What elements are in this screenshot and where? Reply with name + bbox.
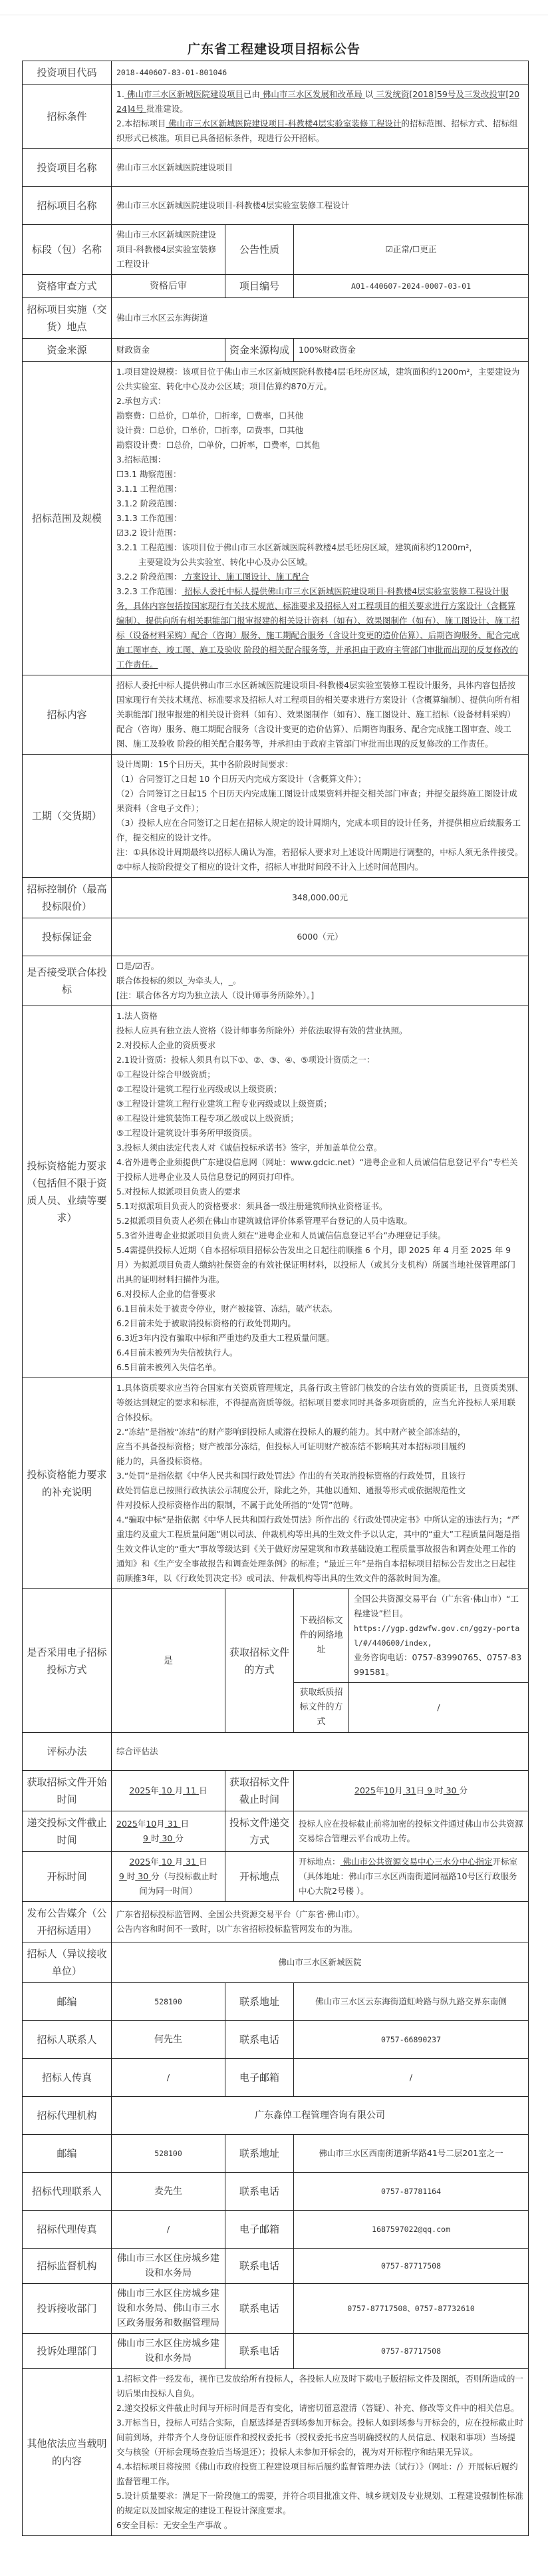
text: 2.承包方式： <box>116 394 523 409</box>
text: 3.开标当日，投标人可结合实际，自愿选择是否到场参加开标会。投标人如到场参与开标… <box>116 2416 523 2460</box>
row-tenderer-contact: 招标人联系人 何先生 联系电话 0757-66890237 <box>23 2021 529 2059</box>
label: 递交投标文件截止时间 <box>23 1811 112 1852</box>
label: 邮编 <box>23 1983 112 2021</box>
row-location: 招标项目实施（交货）地点 佛山市三水区云东海街道 <box>23 298 529 339</box>
doc-end-time: 2025年10月 31日 9 时 30 分 <box>294 1771 529 1811</box>
label: 开标时间 <box>23 1852 112 1902</box>
text: 4.本招标项目将按照《佛山市政府投资工程建设项目标后履约监督管理办法（试行）》（… <box>116 2460 523 2489</box>
row-investment-name: 投资项目名称 佛山市三水区新城医院建设项目 <box>23 149 529 187</box>
text: 5.对投标人拟派项目负责人的要求 <box>116 1185 523 1199</box>
text: 1. <box>116 89 124 99</box>
row-opening: 开标时间 2025年 10 月 31 日 9 时 30 分（与投标截止时间为同一… <box>23 1852 529 1902</box>
text: 联合体投标的须以_为牵头人，_。 <box>116 974 523 988</box>
row-conditions: 招标条件 1. 佛山市三水区新城医院建设项目已由 佛山市三水区发展和改革局 以 … <box>23 85 529 149</box>
label: 招标条件 <box>23 85 112 149</box>
label: 招标监督机构 <box>23 2249 112 2284</box>
text: 10 <box>162 1785 172 1795</box>
label: 联系地址 <box>225 1983 294 2021</box>
text: 方案设计、施工图设计、施工配合 <box>182 572 309 582</box>
text: 该项目位于佛山市三水区新城医院科教楼4层毛坯房区域，建筑面积约1200m²， <box>182 542 477 552</box>
bottom-spacer <box>0 2536 548 2576</box>
funding-value: 财政资金 <box>112 339 225 362</box>
text: 设计费：☐总价，☐单价，☐折率，☑费率，☐其他 <box>116 423 523 438</box>
text: （与投标截止时间为同一时间） <box>139 1871 217 1896</box>
text: ☐3.1 勘察范围： <box>116 467 523 482</box>
text: 3.投标人须由法定代表人对《诚信投标承诺书》签字，并加盖单位公章。 <box>116 1141 523 1155</box>
submit-deadline: 2025年10月 31 日 9 时 30 分 <box>112 1811 225 1852</box>
label: 招标项目名称 <box>23 187 112 225</box>
text: 批准建设。 <box>146 104 188 114</box>
other-value: 1.招标文件一经发布，视作已发放给所有投标人，各投标人应及时下载电子版招标文件及… <box>112 2369 529 2536</box>
text: ☑3.2 设计范围： <box>116 526 523 540</box>
row-submit: 递交投标文件截止时间 2025年10月 31 日 9 时 30 分 投标文件递交… <box>23 1811 529 1852</box>
row-agency-contact: 招标代理联系人 麦先生 联系电话 0757-87781164 <box>23 2173 529 2211</box>
label: 其他依法应当载明的内容 <box>23 2369 112 2536</box>
section-value: 佛山市三水区新城医院建设项目-科教楼4层实验室装修工程设计 <box>112 225 225 275</box>
text: 1.项目建设规模：该项目位于佛山市三水区新城医院科教楼4层毛坯房区域，建筑面积约… <box>116 365 523 394</box>
agency-value: 广东淼倬工程管理咨询有限公司 <box>112 2097 529 2135</box>
row-complaint-handle: 投诉处理部门 佛山市三水区住房城乡建设和水务局 联系电话 0757-877175… <box>23 2334 529 2369</box>
funding-composition-value: 100%财政资金 <box>294 339 529 362</box>
text: 9 <box>143 1833 148 1843</box>
submit-method-value: 投标人应在投标截止前将加密的投标文件通过佛山市公共资源交易综合管理云平台成功上传… <box>294 1811 529 1852</box>
text: 3.1.2 阶段范围： <box>116 496 523 511</box>
complaint-handle-value: 佛山市三水区住房城乡建设和水务局 <box>112 2334 225 2369</box>
row-scope: 招标范围及规模 1.项目建设规模：该项目位于佛山市三水区新城医院科教楼4层毛坯房… <box>23 362 529 675</box>
paper-method-value: / <box>349 1683 529 1733</box>
label: 发布公告媒介（公开招标适用） <box>23 1902 112 1942</box>
download-address-value: 全国公共资源交易平台（广东省·佛山市）“工程建设”栏目。 https://ygp… <box>349 1589 529 1683</box>
media-value: 广东省招标投标监管网、全国公共资源交易平台（广东省·佛山市）。 公告内容和时间不… <box>112 1902 529 1942</box>
text: 3.1.1 工程范围： <box>116 482 523 496</box>
text: 2.递交投标文件截止时间与开标时间是否有变化，请密切留意澄清（答疑）、补充、修改… <box>116 2401 523 2416</box>
project-number-value: A01-440607-2024-0007-03-01 <box>294 275 529 298</box>
text: 2.对投标人企业的资质要求 <box>116 1038 523 1053</box>
text: ⑤工程设计建筑设计事务所甲级资质。 <box>116 1126 523 1141</box>
label: 联系地址 <box>225 2135 294 2173</box>
label: 资金来源构成 <box>225 339 294 362</box>
row-evaluation: 评标办法 综合评估法 <box>23 1733 529 1771</box>
top-divider <box>0 0 548 15</box>
row-period: 工期（交货期） 设计周期：15个日历天，其中各阶段时间要求： （1）合同签订之日… <box>23 755 529 878</box>
label: 电子邮箱 <box>225 2211 294 2249</box>
tender-notice-table: 投资项目代码 2018-440607-83-01-801046 招标条件 1. … <box>22 61 529 2536</box>
label: 资格审查方式 <box>23 275 112 298</box>
text: 业务咨询电话：0757-83990765、0757-83991581。 <box>354 1650 523 1680</box>
text: 31 <box>168 1819 178 1829</box>
text: 广东省招标投标监管网、全国公共资源交易平台（广东省·佛山市）。 <box>116 1907 523 1922</box>
row-tenderer-post: 邮编 528100 联系地址 佛山市三水区云东海街道虹岭路与纵九路交界东南侧 <box>23 1983 529 2021</box>
text: 9 <box>427 1785 432 1795</box>
label: 招标代理联系人 <box>23 2173 112 2211</box>
label: 公告性质 <box>225 225 294 275</box>
label: 资金来源 <box>23 339 112 362</box>
label: 投标文件递交方式 <box>225 1811 294 1852</box>
row-media: 发布公告媒介（公开招标适用） 广东省招标投标监管网、全国公共资源交易平台（广东省… <box>23 1902 529 1942</box>
row-agency-fax: 招标代理传真 / 电子邮箱 1687597022@qq.com <box>23 2211 529 2249</box>
text: 30 <box>446 1785 457 1795</box>
text: 3.2.1 工程范围： <box>116 542 182 552</box>
requirements-value: 1.法人资格 投标人应具有独立法人资格（设计师事务所除外）并依法取得有效的营业执… <box>112 1006 529 1378</box>
text: 佛山市公共资源交易中心三水分中心指定 <box>341 1857 493 1867</box>
text: 2025 <box>354 1785 376 1795</box>
text: （1）合同签订之日起 10 个日历天内完成方案设计（含概算文件）； <box>116 772 523 787</box>
label: 邮编 <box>23 2135 112 2173</box>
row-funding: 资金来源 财政资金 资金来源构成 100%财政资金 <box>23 339 529 362</box>
label: 联系电话 <box>225 2284 294 2334</box>
text: ④工程设计建筑装饰工程专项乙级或以上级资质； <box>116 1111 523 1126</box>
text: 佛山市三水区新城医院建设项目 <box>124 89 243 99</box>
row-agency-post: 邮编 528100 联系地址 佛山市三水区西南街道新华路41号二层201室之一 <box>23 2135 529 2173</box>
project-code-value: 2018-440607-83-01-801046 <box>112 61 529 85</box>
tender-name-value: 佛山市三水区新城医院建设项目-科教楼4层实验室装修工程设计 <box>112 187 529 225</box>
text: 6.1目前未处于被责令停业，财产被接管、冻结，破产状态。 <box>116 1302 523 1316</box>
text: 31 <box>186 1857 196 1867</box>
label: 获取招标文件截止时间 <box>225 1771 294 1811</box>
phone-value: 0757-87717508、0757-87732610 <box>294 2284 529 2334</box>
text: 5.1对拟派项目负责人的资格要求：须具备一级注册建筑师执业资格证书。 <box>116 1199 523 1214</box>
row-tenderer: 招标人（异议接收单位） 佛山市三水区新城医院 <box>23 1942 529 1983</box>
text: 佛山市三水区发展和改革局 <box>260 89 365 99</box>
text: 30 <box>162 1833 172 1843</box>
text: 3.招标范围： <box>116 453 523 467</box>
label: 投标资格能力要求的补充说明 <box>23 1378 112 1589</box>
text: 10 <box>162 1857 172 1867</box>
label: 联系电话 <box>225 2173 294 2211</box>
text: 1.具体资质要求应当符合国家有关资质管理规定，具备行政主管部门核发的合法有效的资… <box>116 1381 523 1425</box>
text: 4.省外进粤企业须提供广东建设信息网（网址：www.gdcic.net）“进粤企… <box>116 1155 523 1185</box>
text: 1.法人资格 <box>116 1009 523 1023</box>
text: 2025 <box>116 1819 138 1829</box>
row-control-price: 招标控制价（最高投标限价） 348,000.00元 <box>23 878 529 918</box>
label: 投诉接收部门 <box>23 2284 112 2334</box>
label: 获取招标文件开始时间 <box>23 1771 112 1811</box>
row-requirements: 投标资格能力要求（包括但不限于资质人员、业绩等要求） 1.法人资格 投标人应具有… <box>23 1006 529 1378</box>
text: 3.“处罚”是指依据《中华人民共和国行政处罚法》作出的有关取消投标资格的行政处罚… <box>116 1469 523 1513</box>
label: 招标控制价（最高投标限价） <box>23 878 112 918</box>
row-requirements-note: 投标资格能力要求的补充说明 1.具体资质要求应当符合国家有关资质管理规定，具备行… <box>23 1378 529 1589</box>
content-value: 招标人委托中标人提供佛山市三水区新城医院建设项目-科教楼4层实验室装修工程设计服… <box>112 675 529 755</box>
text: 10 <box>146 1819 156 1829</box>
download-link[interactable]: https://ygp.gdzwfw.gov.cn/ggzy-portal/#/… <box>354 1621 523 1650</box>
text: 2.本招标项目 <box>116 118 166 128</box>
label: 项目编号 <box>225 275 294 298</box>
phone-value: 0757-87717508 <box>294 2249 529 2284</box>
label: 招标人（异议接收单位） <box>23 1942 112 1983</box>
text: 投标人应具有独立法人资格（设计师事务所除外）并依法取得有效的营业执照。 <box>116 1023 523 1038</box>
label: 联系电话 <box>225 2021 294 2059</box>
label: 下载招标文件的网络地址 <box>294 1589 349 1683</box>
text: 2.1设计资质：投标人须具有以下①、②、③、④、⑤项设计资质之一： <box>116 1053 523 1067</box>
text: 30 <box>138 1871 148 1881</box>
label: 评标办法 <box>23 1733 112 1771</box>
label: 招标代理机构 <box>23 2097 112 2135</box>
contact-value: 何先生 <box>112 2021 225 2059</box>
consortium-value: ☐是/☑否。 联合体投标的须以_为牵头人，_。 [注：联合体各方均为独立法人（设… <box>112 956 529 1006</box>
label: 标段（包）名称 <box>23 225 112 275</box>
label: 投标保证金 <box>23 918 112 956</box>
text: 3.2.3 工作范围： <box>116 586 182 596</box>
label: 是否采用电子招标投标方式 <box>23 1589 112 1733</box>
address-value: 佛山市三水区云东海街道虹岭路与纵九路交界东南侧 <box>294 1983 529 2021</box>
address-value: 佛山市三水区西南街道新华路41号二层201室之一 <box>294 2135 529 2173</box>
label: 工期（交货期） <box>23 755 112 878</box>
text: 开标地点： <box>299 1857 341 1867</box>
text: 以 <box>365 89 374 99</box>
control-price-value: 348,000.00元 <box>112 878 529 918</box>
label: 投资项目代码 <box>23 61 112 85</box>
row-supervisor: 招标监督机构 佛山市三水区住房城乡建设和水务局 联系电话 0757-877175… <box>23 2249 529 2284</box>
email-value: / <box>294 2059 529 2097</box>
row-section: 标段（包）名称 佛山市三水区新城医院建设项目-科教楼4层实验室装修工程设计 公告… <box>23 225 529 275</box>
text: 2025 <box>129 1857 150 1867</box>
text: ①工程设计综合甲级资质； <box>116 1067 523 1082</box>
text: 已由 <box>243 89 260 99</box>
row-qualification: 资格审查方式 资格后审 项目编号 A01-440607-2024-0007-03… <box>23 275 529 298</box>
text: ②工程设计建筑工程行业丙级或以上级资质； <box>116 1082 523 1097</box>
row-doc-time: 获取招标文件开始时间 2025年 10 月 11 日 获取招标文件截止时间 20… <box>23 1771 529 1811</box>
text: （2）合同签订之日起15 个日历天内完成施工图设计成果资料并提交相关部门审查；并… <box>116 787 523 816</box>
text: 勘察费：☐总价，☐单价，☐折率，☐费率，☐其他 <box>116 409 523 423</box>
label: 是否接受联合体投标 <box>23 956 112 1006</box>
phone-value: 0757-66890237 <box>294 2021 529 2059</box>
label: 获取招标文件的方式 <box>225 1589 294 1733</box>
row-tender-name: 招标项目名称 佛山市三水区新城医院建设项目-科教楼4层实验室装修工程设计 <box>23 187 529 225</box>
text: 5.设计质量要求：满足下一阶段施工的需要，并符合项目批准文件、城乡规划及专业规划… <box>116 2489 523 2518</box>
text: 设计周期：15个日历天，其中各阶段时间要求： <box>116 757 523 772</box>
contact-value: 麦先生 <box>112 2173 225 2211</box>
row-electronic: 是否采用电子招标投标方式 是 获取招标文件的方式 下载招标文件的网络地址 全国公… <box>23 1589 529 1683</box>
text: 3.1.3 工作范围： <box>116 511 523 526</box>
text: 3.2.2 阶段范围： <box>116 572 182 582</box>
text: 招标人委托中标人提供佛山市三水区新城医院建设项目-科教楼4层实验室装修工程设计服… <box>116 586 519 669</box>
scope-value: 1.项目建设规模：该项目位于佛山市三水区新城医院科教楼4层毛坯房区域，建筑面积约… <box>112 362 529 675</box>
text: （3）投标人应在合同签订之日起在招标人规定的设计周期内，完成本项目的设计任务，并… <box>116 816 523 845</box>
text: 5.3省外进粤企业拟派项目负责人须在“进粤企业和人员诚信信息登记平台”办理登记手… <box>116 1228 523 1243</box>
row-deposit: 投标保证金 6000（元） <box>23 918 529 956</box>
tenderer-value: 佛山市三水区新城医院 <box>112 1942 529 1983</box>
text: 1.招标文件一经发布，视作已发放给所有投标人，各投标人应及时下载电子版招标文件及… <box>116 2372 523 2401</box>
text: 6.3近3年内没有骗取中标和严重违约及重大工程质量问题。 <box>116 1331 523 1346</box>
label: 获取纸质招标文件的方式 <box>294 1683 349 1733</box>
label: 招标范围及规模 <box>23 362 112 675</box>
postcode-value: 528100 <box>112 2135 225 2173</box>
label: 招标项目实施（交货）地点 <box>23 298 112 339</box>
text: 主要建设为公共实验室、转化中心及办公区域。 <box>116 555 523 570</box>
text: 佛山市三水区新城医院建设项目-科教楼4层实验室装修工程设计 <box>166 118 401 128</box>
label: 投诉处理部门 <box>23 2334 112 2369</box>
electronic-value: 是 <box>112 1589 225 1733</box>
postcode-value: 528100 <box>112 1983 225 2021</box>
text: 4.“骗取中标”是指依据《中华人民共和国行政处罚法》所作出的《行政处罚决定书》中… <box>116 1513 523 1586</box>
text: 6.5目前未被列入失信名单。 <box>116 1360 523 1375</box>
opening-place-value: 开标地点： 佛山市公共资源交易中心三水分中心指定开标室（具体地址：佛山市三水区西… <box>294 1852 529 1902</box>
row-tenderer-fax: 招标人传真 / 电子邮箱 / <box>23 2059 529 2097</box>
text: 2025 <box>129 1785 150 1795</box>
label: 开标地点 <box>225 1852 294 1902</box>
text: 勘察设计费：☐总价，☐单价，☐折率，☐费率，☐其他 <box>116 438 523 453</box>
text: ③工程设计建筑工程行业建筑工程专业丙级或以上级资质； <box>116 1097 523 1111</box>
fax-value: / <box>112 2211 225 2249</box>
text: 5.2拟派项目负责人必须在佛山市建筑诚信评价体系管理平台登记的人员中选取。 <box>116 1214 523 1228</box>
row-project-code: 投资项目代码 2018-440607-83-01-801046 <box>23 61 529 85</box>
row-agency: 招标代理机构 广东淼倬工程管理咨询有限公司 <box>23 2097 529 2135</box>
text: 6.对投标人企业的信誉要求 <box>116 1287 523 1302</box>
label: 招标内容 <box>23 675 112 755</box>
supervisor-value: 佛山市三水区住房城乡建设和水务局 <box>112 2249 225 2284</box>
text: 11 <box>186 1785 196 1795</box>
text: 6.2目前未处于被取消投标资格的行政处罚期内。 <box>116 1316 523 1331</box>
fax-value: / <box>112 2059 225 2097</box>
row-other: 其他依法应当载明的内容 1.招标文件一经发布，视作已发放给所有投标人，各投标人应… <box>23 2369 529 2536</box>
page-title: 广东省工程建设项目招标公告 <box>0 15 548 59</box>
label: 联系电话 <box>225 2249 294 2284</box>
label: 投标资格能力要求（包括但不限于资质人员、业绩等要求） <box>23 1006 112 1378</box>
phone-value: 0757-87781164 <box>294 2173 529 2211</box>
deposit-value: 6000（元） <box>112 918 529 956</box>
label: 招标人传真 <box>23 2059 112 2097</box>
notice-nature-value: ☑正常/☐更正 <box>294 225 529 275</box>
text: ☐是/☑否。 <box>116 959 523 974</box>
text: 5.4需提供投标人近期（自本招标项目招标公告发出之日起往前顺推 6 个月，即 2… <box>116 1243 523 1287</box>
row-content: 招标内容 招标人委托中标人提供佛山市三水区新城医院建设项目-科教楼4层实验室装修… <box>23 675 529 755</box>
investment-name-value: 佛山市三水区新城医院建设项目 <box>112 149 529 187</box>
text: 全国公共资源交易平台（广东省·佛山市）“工程建设”栏目。 <box>354 1592 523 1621</box>
row-complaint-receive: 投诉接收部门 佛山市三水区住房城乡建设和水务局、佛山市三水区政务服务和数据管理局… <box>23 2284 529 2334</box>
text: 公告内容和时间不一致时，以广东省招标投标监管网发布的为准。 <box>116 1922 523 1936</box>
text: 6安全目标：无安全生产事故 。 <box>116 2518 523 2533</box>
label: 招标人联系人 <box>23 2021 112 2059</box>
text: 6.4目前未被列为失信被执行人。 <box>116 1346 523 1360</box>
location-value: 佛山市三水区云东海街道 <box>112 298 529 339</box>
qualification-value: 资格后审 <box>112 275 225 298</box>
opening-time: 2025年 10 月 31 日 9 时 30 分（与投标截止时间为同一时间） <box>112 1852 225 1902</box>
complaint-receive-value: 佛山市三水区住房城乡建设和水务局、佛山市三水区政务服务和数据管理局 <box>112 2284 225 2334</box>
doc-start-time: 2025年 10 月 11 日 <box>112 1771 225 1811</box>
text: 10 <box>384 1785 394 1795</box>
text: 31 <box>406 1785 416 1795</box>
row-consortium: 是否接受联合体投标 ☐是/☑否。 联合体投标的须以_为牵头人，_。 [注：联合体… <box>23 956 529 1006</box>
period-value: 设计周期：15个日历天，其中各阶段时间要求： （1）合同签订之日起 10 个日历… <box>112 755 529 878</box>
label: 投资项目名称 <box>23 149 112 187</box>
label: 联系电话 <box>225 2334 294 2369</box>
label: 电子邮箱 <box>225 2059 294 2097</box>
phone-value: 0757-87717508 <box>294 2334 529 2369</box>
requirements-note-value: 1.具体资质要求应当符合国家有关资质管理规定，具备行政主管部门核发的合法有效的资… <box>112 1378 529 1589</box>
evaluation-value: 综合评估法 <box>112 1733 529 1771</box>
text: 注：①具体设计周期最终以招标人确认为准，若招标人要求对上述设计周期进行调整的，中… <box>116 845 523 874</box>
email-link[interactable]: 1687597022@qq.com <box>294 2211 529 2249</box>
text: 9 <box>119 1871 124 1881</box>
conditions-value: 1. 佛山市三水区新城医院建设项目已由 佛山市三水区发展和改革局 以 三发统资[… <box>112 85 529 149</box>
text: 2.“冻结”是指被“冻结”的财产影响到投标人或潜在投标人的履约能力。其中财产被全… <box>116 1425 523 1469</box>
text: [注：联合体各方均为独立法人（设计师事务所除外）。] <box>116 988 523 1003</box>
label: 招标代理传真 <box>23 2211 112 2249</box>
